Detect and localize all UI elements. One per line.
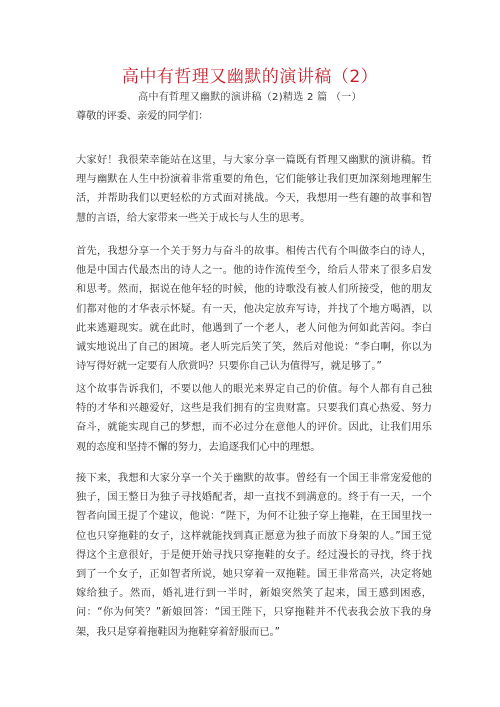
document-title: 高中有哲理又幽默的演讲稿（2） [0,62,500,87]
document-subtitle: 高中有哲理又幽默的演讲稿（2)精选 2 篇 （一） [0,88,500,103]
humor-story-paragraph: 接下来，我想和大家分享一个关于幽默的故事。曾经有一个国王非常宠爱他的独子，国王整… [76,469,432,642]
li-bai-story-paragraph: 首先，我想分享一个关于努力与奋斗的故事。相传古代有个叫做李白的诗人，他是中国古代… [76,242,432,376]
intro-paragraph: 大家好！我很荣幸能站在这里，与大家分享一篇既有哲理又幽默的演讲稿。哲理与幽默在人… [76,151,432,228]
story-lesson-paragraph: 这个故事告诉我们，不要以他人的眼光来界定自己的价值。每个人都有自己独特的才华和兴… [76,380,432,457]
salutation-paragraph: 尊敬的评委、亲爱的同学们： [76,107,432,126]
